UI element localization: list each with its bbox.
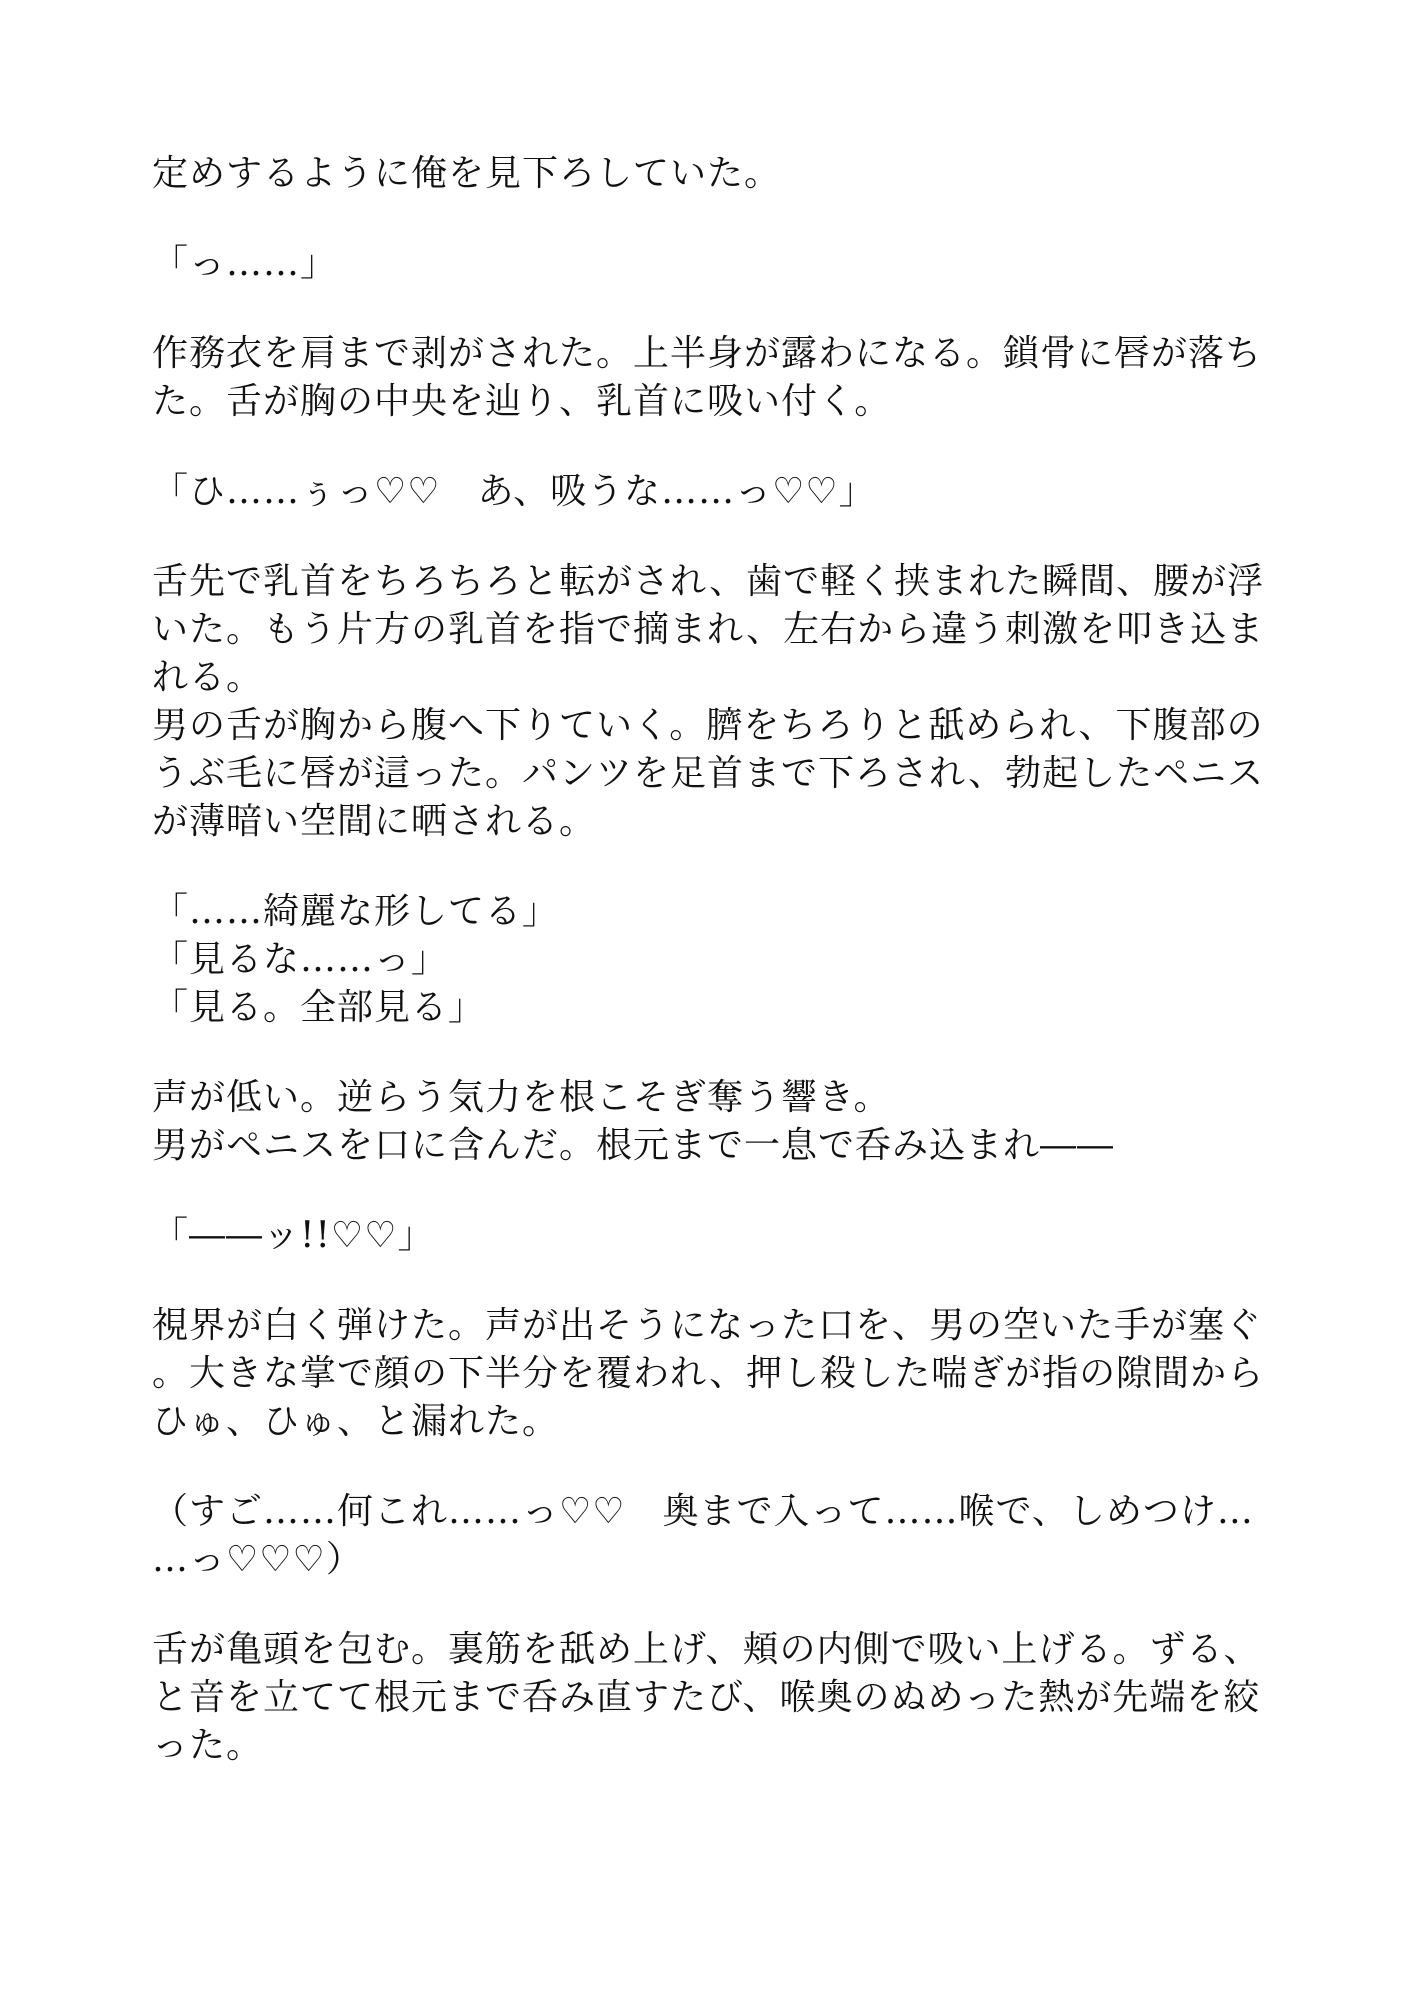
paragraph: 舌先で乳首をちろちろと転がされ、歯で軽く挟まれた瞬間、腰が浮 いた。もう片方の乳… — [152, 558, 1285, 846]
paragraph: 「……綺麗な形してる」 「見るな……っ」 「見る。全部見る」 — [152, 888, 1285, 1032]
paragraph: 舌が亀頭を包む。裏筋を舐め上げ、頬の内側で吸い上げる。ずる、 と音を立てて根元ま… — [152, 1626, 1285, 1770]
paragraph: 視界が白く弾けた。声が出そうになった口を、男の空いた手が塞ぐ 。大きな掌で顔の下… — [152, 1302, 1285, 1446]
paragraph: 作務衣を肩まで剥がされた。上半身が露わになる。鎖骨に唇が落ち た。舌が胸の中央を… — [152, 330, 1285, 426]
paragraph: 「っ……」 — [152, 240, 1285, 288]
paragraph: 「――ッ!!♡♡」 — [152, 1212, 1285, 1260]
paragraph: 声が低い。逆らう気力を根こそぎ奪う響き。 男がペニスを口に含んだ。根元まで一息で… — [152, 1074, 1285, 1170]
document-page: 定めするように俺を見下ろしていた。 「っ……」 作務衣を肩まで剥がされた。上半身… — [0, 0, 1415, 2000]
paragraph: 「ひ……ぅっ♡♡ あ、吸うな……っ♡♡」 — [152, 468, 1285, 516]
paragraph: （すご……何これ……っ♡♡ 奥まで入って……喉で、しめつけ… …っ♡♡♡） — [152, 1488, 1285, 1584]
paragraph: 定めするように俺を見下ろしていた。 — [152, 150, 1285, 198]
